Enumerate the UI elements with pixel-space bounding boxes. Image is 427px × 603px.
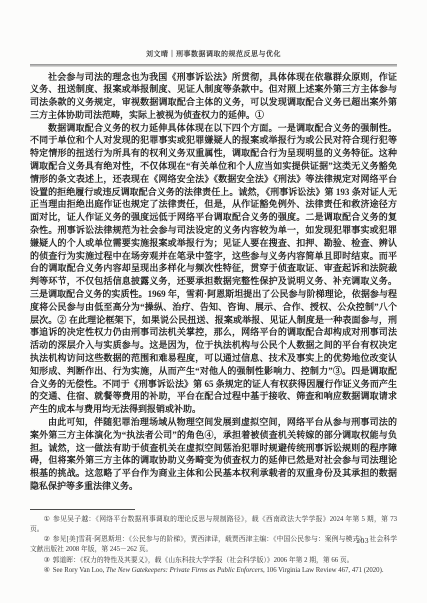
- article-body: 社会参与司法的理念也为我国《刑事诉讼法》所贯彻，具体体现在依靠群众原则，作证义务…: [30, 71, 397, 493]
- body-paragraph: 由此可知，伴随犯罪治理场域从物理空间发展到虚拟空间，网络平台从参与刑事司法的案外…: [30, 416, 397, 493]
- footnote-citation-title: The New Gatekeepers: Private Firms as Pu…: [106, 567, 263, 574]
- body-paragraph: 数据调取配合义务的权力延伸具体体现在以下四个方面。一是调取配合义务的强制性。不同…: [30, 122, 397, 416]
- footnote-text: , 106 Virginia Law Review 467, 471 (2020…: [263, 567, 384, 574]
- footnote-text: 参见吴子越：《网络平台数据刑事调取的理论反思与规制路径》，载《西南政法大学学报》…: [30, 516, 397, 533]
- footnote-item: ①参见吴子越：《网络平台数据刑事调取的理论反思与规制路径》，载《西南政法大学学报…: [30, 515, 397, 535]
- footnote-item: ④See Rory Van Loo, The New Gatekeepers: …: [30, 566, 397, 576]
- footnote-item: ②参见[美]雪莉·阿恩斯坦：《公民参与的阶梯》，贾西津译，载贾西津主编：《中国公…: [30, 535, 397, 555]
- footnotes-block: ①参见吴子越：《网络平台数据刑事调取的理论反思与规制路径》，载《西南政法大学学报…: [30, 515, 397, 576]
- footnote-marker: ①: [44, 516, 50, 523]
- footnote-marker: ④: [44, 567, 50, 574]
- body-paragraph: 社会参与司法的理念也为我国《刑事诉讼法》所贯彻，具体体现在依靠群众原则，作证义务…: [30, 71, 397, 122]
- footnote-item: ③郭道晖：《权力的特性及其要义》，载《山东科技大学学报（社会科学版）》2006 …: [30, 556, 397, 566]
- running-header: 刘文晴｜刑事数据调取的规范反思与优化: [0, 49, 427, 59]
- footnote-marker: ②: [44, 536, 50, 543]
- journal-page: 刘文晴｜刑事数据调取的规范反思与优化 社会参与司法的理念也为我国《刑事诉讼法》所…: [0, 0, 427, 603]
- footnote-separator: [30, 509, 135, 510]
- footnote-text: 郭道晖：《权力的特性及其要义》，载《山东科技大学学报（社会科学版）》2006 年…: [53, 557, 354, 564]
- page-number: 203: [356, 536, 369, 545]
- footnote-marker: ③: [44, 557, 50, 564]
- header-rule: [30, 64, 397, 67]
- footnote-text: See Rory Van Loo,: [53, 567, 106, 574]
- footnote-text: 参见[美]雪莉·阿恩斯坦：《公民参与的阶梯》，贾西津译，载贾西津主编：《中国公民…: [30, 536, 397, 553]
